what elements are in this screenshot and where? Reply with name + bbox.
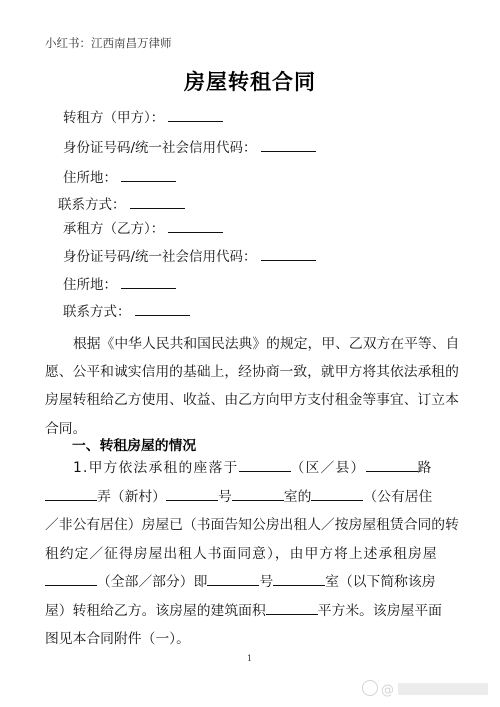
field-label: 联系方式：	[58, 197, 126, 213]
watermark-text: @	[381, 683, 395, 698]
clause-1: 1.甲方依法承租的座落于（区／县）路 弄（新村）号室的（公有居住 ／非公有居住）…	[45, 454, 455, 654]
clause-text: 路	[418, 460, 433, 476]
blank-line	[168, 220, 223, 233]
paw-icon	[362, 680, 378, 696]
blank-line	[207, 574, 259, 586]
lessor-id-field: 身份证号码/统一社会信用代码：	[63, 136, 316, 156]
blank-line	[273, 574, 325, 586]
lessee-name-field: 承租方（乙方）：	[63, 217, 223, 237]
blank-line	[366, 460, 418, 472]
blank-line	[239, 460, 291, 472]
preamble-line: 愿、公平和诚实信用的基础上，经协商一致，就甲方将其依法承租的	[45, 358, 455, 386]
lessor-name-field: 转租方（甲方）：	[63, 106, 223, 126]
lessor-address-field: 住所地：	[63, 166, 176, 186]
lessor-contact-field: 联系方式：	[58, 193, 185, 213]
blank-line	[45, 489, 97, 501]
blank-line	[266, 603, 318, 615]
field-label: 身份证号码/统一社会信用代码：	[63, 249, 257, 265]
clause-text: （公有居住	[363, 489, 432, 505]
preamble-paragraph: 根据《中华人民共和国民法典》的规定，甲、乙双方在平等、自 愿、公平和诚实信用的基…	[45, 330, 455, 443]
clause-line: 屋）转租给乙方。该房屋的建筑面积平方米。该房屋平面	[45, 597, 455, 626]
clause-text: （全部／部分）即	[97, 574, 207, 590]
clause-text: 室的	[284, 489, 312, 505]
blank-line	[261, 139, 316, 152]
document-title: 房屋转租合同	[0, 66, 500, 96]
watermark-blurred-text	[398, 683, 488, 695]
clause-text: 屋）转租给乙方。该房屋的建筑面积	[45, 603, 266, 619]
field-label: 承租方（乙方）：	[63, 221, 164, 237]
clause-text: 号	[218, 489, 232, 505]
blank-line	[232, 489, 284, 501]
blank-line	[166, 489, 218, 501]
field-label: 联系方式：	[63, 304, 131, 320]
clause-text: 弄（新村）	[97, 489, 166, 505]
field-label: 住所地：	[63, 277, 117, 293]
lessee-id-field: 身份证号码/统一社会信用代码：	[63, 245, 316, 265]
blank-line	[130, 196, 185, 209]
clause-line: 租约定／征得房屋出租人书面同意），由甲方将上述承租房屋	[45, 540, 455, 569]
clause-line: 弄（新村）号室的（公有居住	[45, 483, 455, 512]
blank-line	[121, 169, 176, 182]
blank-line	[45, 574, 97, 586]
field-label: 身份证号码/统一社会信用代码：	[63, 140, 257, 156]
clause-text: 号	[259, 574, 273, 590]
field-label: 住所地：	[63, 170, 117, 186]
clause-text: 1.甲方依法承租的座落于	[73, 460, 239, 476]
preamble-line: 房屋转租给乙方使用、收益、由乙方向甲方支付租金等事宜、订立本	[45, 386, 455, 414]
clause-line: （全部／部分）即号室（以下简称该房	[45, 568, 455, 597]
clause-text: 室（以下简称该房	[325, 574, 435, 590]
blank-line	[261, 248, 316, 261]
watermark: @	[362, 680, 488, 698]
blank-line	[135, 303, 190, 316]
blank-line	[121, 276, 176, 289]
clause-text: （区／县）	[291, 460, 366, 476]
blank-line	[311, 489, 363, 501]
clause-line: 图见本合同附件（一）。	[45, 625, 455, 654]
field-label: 转租方（甲方）：	[63, 110, 164, 126]
clause-line: ／非公有居住）房屋已（书面告知公房出租人／按房屋租赁合同的转	[45, 511, 455, 540]
blank-line	[168, 109, 223, 122]
page-number: 1	[247, 654, 252, 663]
source-attribution: 小红书：江西南昌万律师	[45, 35, 172, 51]
clause-line: 1.甲方依法承租的座落于（区／县）路	[45, 454, 455, 483]
lessee-contact-field: 联系方式：	[63, 300, 190, 320]
clause-text: 平方米。该房屋平面	[318, 603, 442, 619]
section-heading: 一、转租房屋的情况	[72, 434, 196, 454]
preamble-line: 根据《中华人民共和国民法典》的规定，甲、乙双方在平等、自	[45, 330, 455, 358]
lessee-address-field: 住所地：	[63, 273, 176, 293]
